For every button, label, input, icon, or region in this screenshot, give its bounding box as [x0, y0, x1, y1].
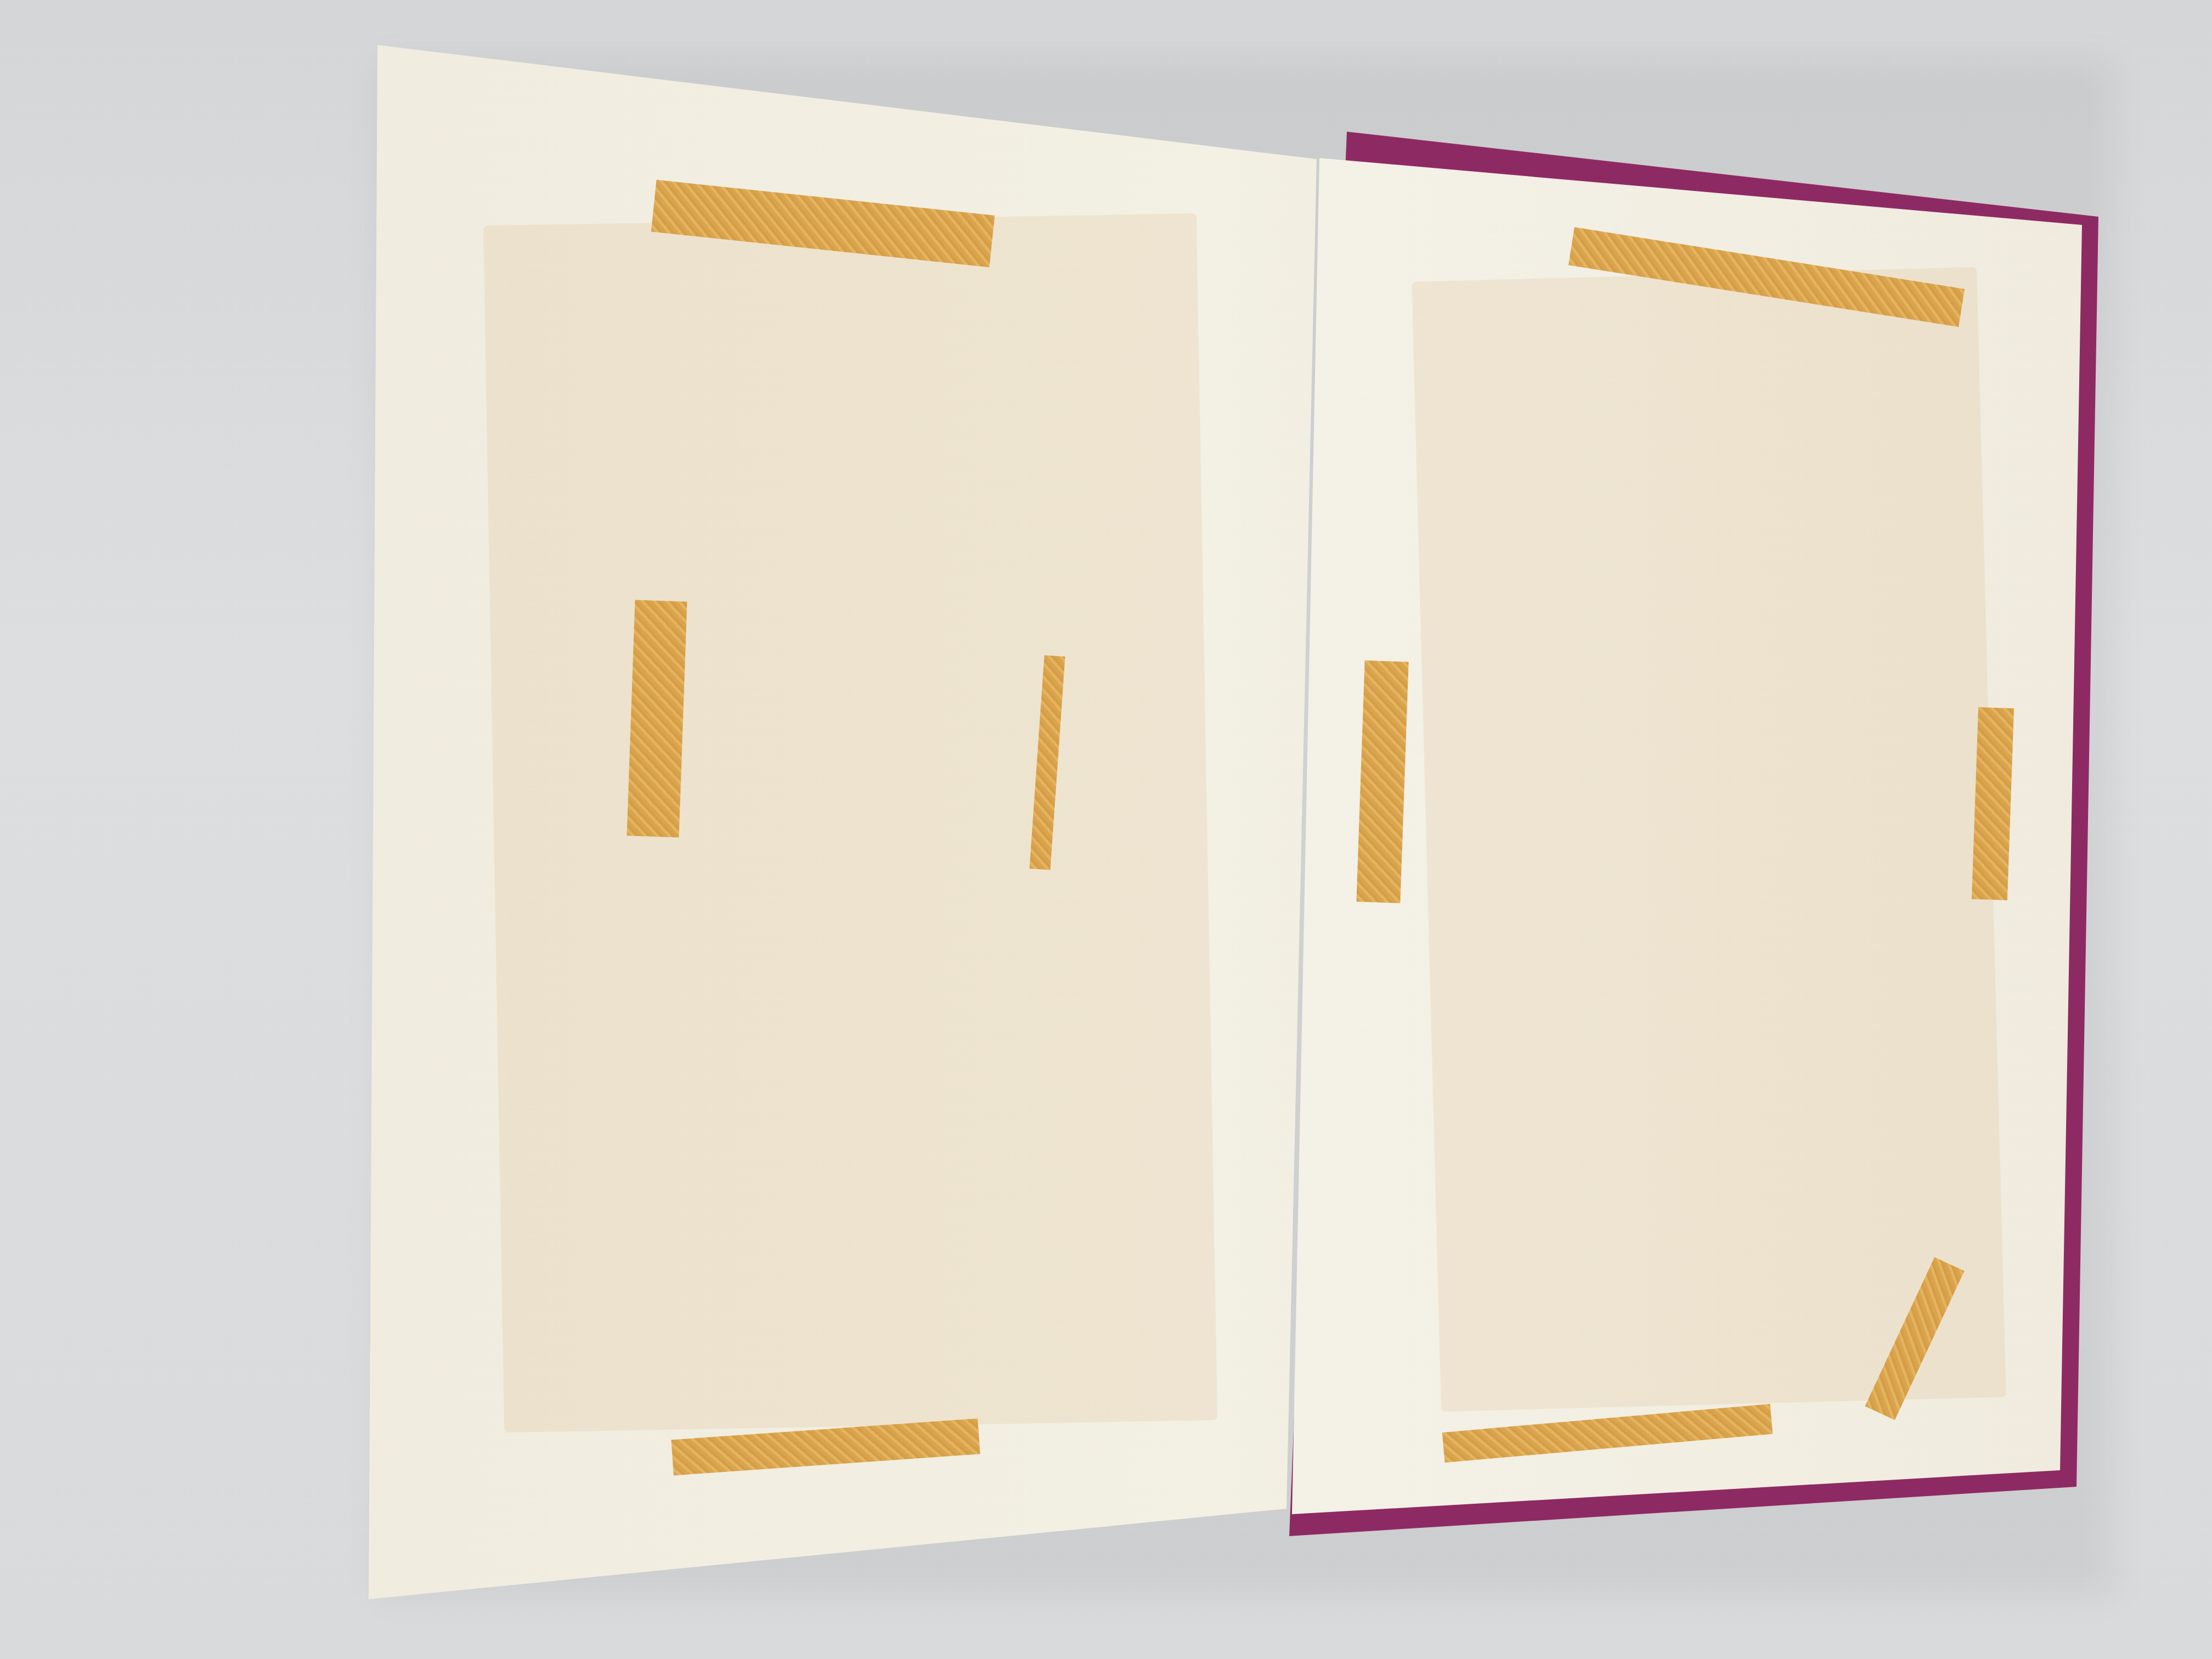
right-page-stain — [1412, 267, 2006, 1412]
photo-scene — [0, 0, 2212, 1659]
left-page-stain — [483, 213, 1217, 1432]
tape-residue — [1972, 707, 2014, 900]
tape-residue — [1356, 661, 1408, 904]
tape-residue — [627, 600, 687, 837]
